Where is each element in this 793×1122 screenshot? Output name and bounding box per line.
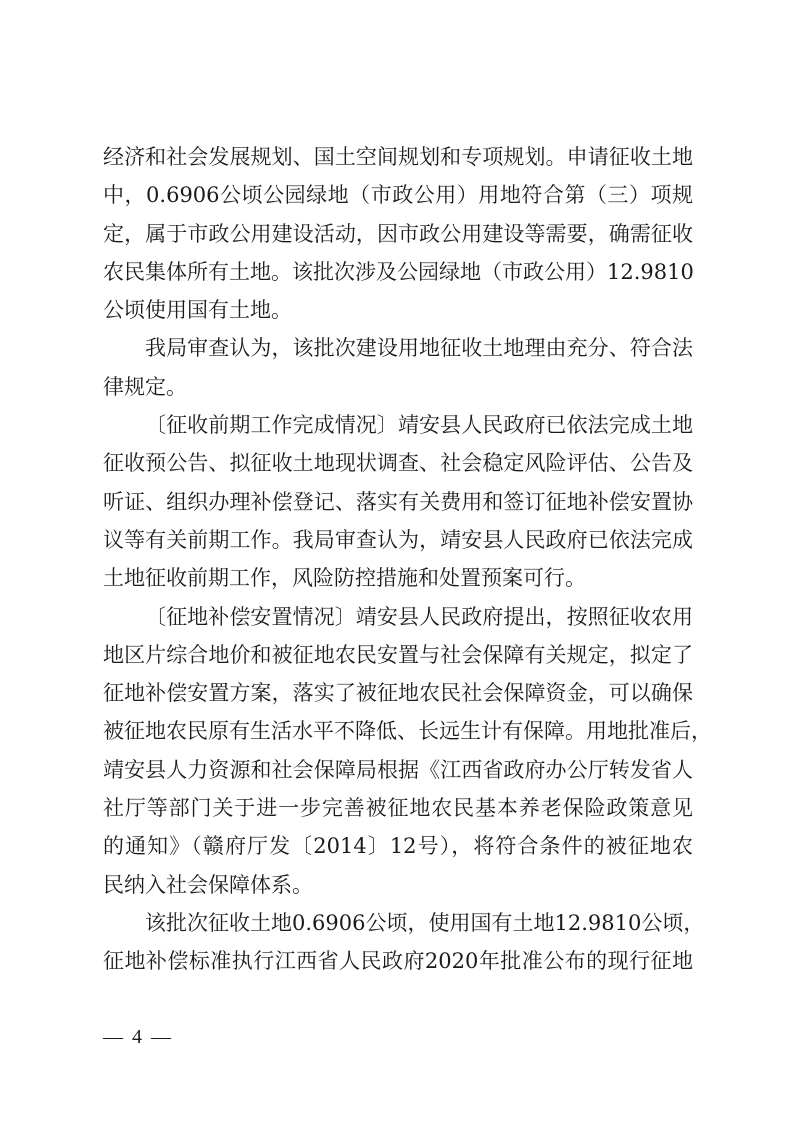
text-line: 议等有关前期工作。我局审查认为，靖安县人民政府已依法完成 [103,521,693,559]
text-line: 律规定。 [103,368,693,406]
document-page: 经济和社会发展规划、国土空间规划和专项规划。申请征收土地 中，0.6906公顷公… [103,138,693,981]
page-number: — 4 — [103,1026,173,1049]
text-line: 被征地农民原有生活水平不降低、长远生计有保障。用地批准后， [103,712,693,750]
text-line: 地区片综合地价和被征地农民安置与社会保障有关规定，拟定了 [103,636,693,674]
text-line: 该批次征收土地0.6906公顷，使用国有土地12.9810公顷， [103,904,693,942]
text-line: 〔征收前期工作完成情况〕靖安县人民政府已依法完成土地 [103,406,693,444]
text-line: 征收预公告、拟征收土地现状调查、社会稳定风险评估、公告及 [103,444,693,482]
text-line: 定，属于市政公用建设活动，因市政公用建设等需要，确需征收 [103,215,693,253]
text-line: 听证、组织办理补偿登记、落实有关费用和签订征地补偿安置协 [103,483,693,521]
text-line: 中，0.6906公顷公园绿地（市政公用）用地符合第（三）项规 [103,176,693,214]
text-line: 靖安县人力资源和社会保障局根据《江西省政府办公厅转发省人 [103,751,693,789]
text-line: 的通知》（赣府厅发〔2014〕12号），将符合条件的被征地农 [103,827,693,865]
text-line: 征地补偿标准执行江西省人民政府2020年批准公布的现行征地 [103,942,693,980]
text-line: 经济和社会发展规划、国土空间规划和专项规划。申请征收土地 [103,138,693,176]
paragraph-review-opinion: 我局审查认为，该批次建设用地征收土地理由充分、符合法 律规定。 [103,329,693,406]
paragraph-land-area-standard: 该批次征收土地0.6906公顷，使用国有土地12.9810公顷， 征地补偿标准执… [103,904,693,981]
text-line: 我局审查认为，该批次建设用地征收土地理由充分、符合法 [103,329,693,367]
text-line: 〔征地补偿安置情况〕靖安县人民政府提出，按照征收农用 [103,598,693,636]
text-line: 征地补偿安置方案，落实了被征地农民社会保障资金，可以确保 [103,674,693,712]
text-line: 民纳入社会保障体系。 [103,866,693,904]
text-line: 社厅等部门关于进一步完善被征地农民基本养老保险政策意见 [103,789,693,827]
text-line: 公顷使用国有土地。 [103,291,693,329]
paragraph-land-planning: 经济和社会发展规划、国土空间规划和专项规划。申请征收土地 中，0.6906公顷公… [103,138,693,329]
paragraph-preliminary-work: 〔征收前期工作完成情况〕靖安县人民政府已依法完成土地 征收预公告、拟征收土地现状… [103,406,693,597]
paragraph-compensation: 〔征地补偿安置情况〕靖安县人民政府提出，按照征收农用 地区片综合地价和被征地农民… [103,598,693,904]
text-line: 土地征收前期工作，风险防控措施和处置预案可行。 [103,559,693,597]
text-line: 农民集体所有土地。该批次涉及公园绿地（市政公用）12.9810 [103,253,693,291]
